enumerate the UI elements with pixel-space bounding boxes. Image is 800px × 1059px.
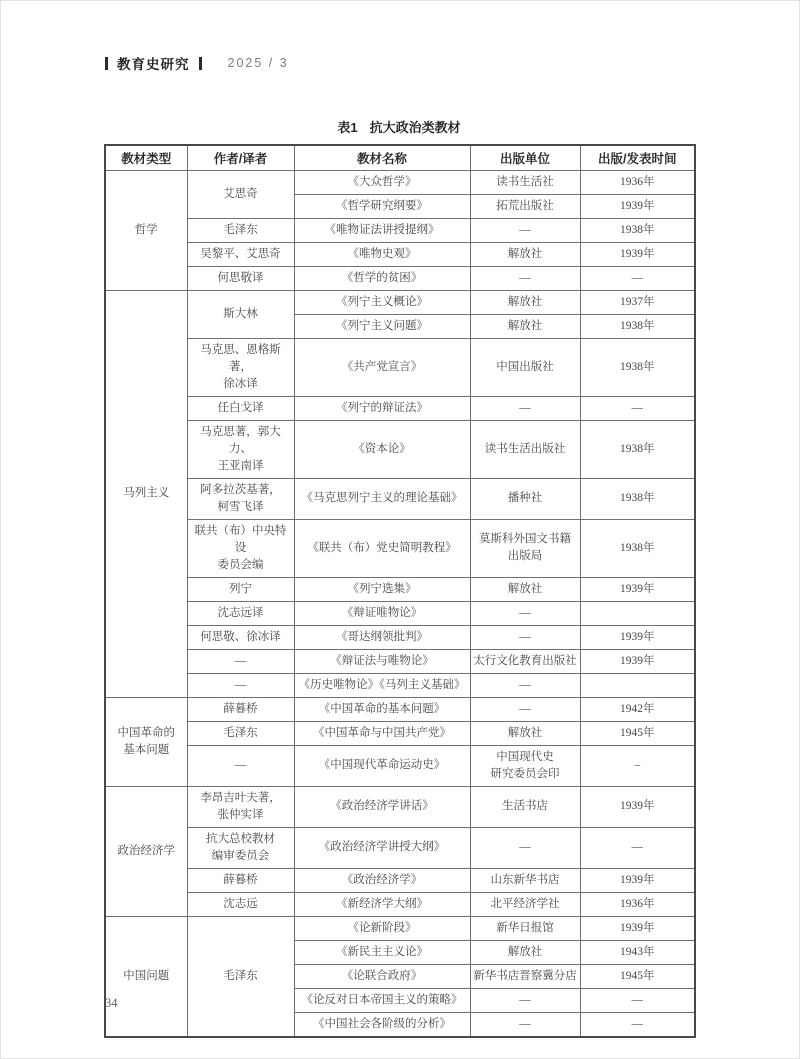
title-cell: 《哲学研究纲要》 — [294, 194, 470, 218]
journal-header: 教育史研究 2025 / 3 — [105, 53, 289, 73]
table-row: 哲学艾思奇《大众哲学》读书生活社1936年 — [105, 170, 695, 194]
table-row: 毛泽东《中国革命与中国共产党》解放社1945年 — [105, 721, 695, 745]
header-divider-right-icon — [199, 57, 202, 70]
publisher-cell: — — [470, 218, 580, 242]
time-cell: 1939年 — [580, 786, 695, 827]
time-cell: 1945年 — [580, 964, 695, 988]
category-cell: 哲学 — [105, 170, 187, 290]
title-cell: 《中国革命的基本问题》 — [294, 697, 470, 721]
title-cell: 《共产党宣言》 — [294, 338, 470, 396]
table-row: 薛暮桥《政治经济学》山东新华书店1939年 — [105, 868, 695, 892]
author-cell: 斯大林 — [187, 290, 294, 338]
title-cell: 《辩证法与唯物论》 — [294, 649, 470, 673]
table-row: 吴黎平、艾思奇《唯物史观》解放社1939年 — [105, 242, 695, 266]
time-cell: 1938年 — [580, 478, 695, 519]
title-cell: 《论新阶段》 — [294, 916, 470, 940]
publisher-cell: — — [470, 827, 580, 868]
title-cell: 《列宁的辩证法》 — [294, 396, 470, 420]
table-row: —《中国现代革命运动史》中国现代史 研究委员会印– — [105, 745, 695, 786]
author-cell: 抗大总校教材 编审委员会 — [187, 827, 294, 868]
author-cell: 吴黎平、艾思奇 — [187, 242, 294, 266]
table-row: 马克思、恩格斯著， 徐冰译《共产党宣言》中国出版社1938年 — [105, 338, 695, 396]
table-caption: 表1抗大政治类教材 — [104, 117, 694, 136]
title-cell: 《中国革命与中国共产党》 — [294, 721, 470, 745]
time-cell: 1936年 — [580, 892, 695, 916]
time-cell: — — [580, 1012, 695, 1037]
time-cell — [580, 601, 695, 625]
author-cell: 何思敬译 — [187, 266, 294, 290]
author-cell: 沈志远译 — [187, 601, 294, 625]
publisher-cell: 莫斯科外国文书籍 出版局 — [470, 519, 580, 577]
table-row: 任白戈译《列宁的辩证法》—— — [105, 396, 695, 420]
publisher-cell: 解放社 — [470, 314, 580, 338]
title-cell: 《新民主主义论》 — [294, 940, 470, 964]
table-row: 联共（布）中央特设 委员会编《联共（布）党史简明教程》莫斯科外国文书籍 出版局1… — [105, 519, 695, 577]
textbook-table: 教材类型 作者/译者 教材名称 出版单位 出版/发表时间 哲学艾思奇《大众哲学》… — [104, 144, 696, 1038]
title-cell: 《历史唯物论》《马列主义基础》 — [294, 673, 470, 697]
time-cell: 1939年 — [580, 194, 695, 218]
author-cell: — — [187, 745, 294, 786]
author-cell: 毛泽东 — [187, 218, 294, 242]
author-cell: 毛泽东 — [187, 916, 294, 1037]
table-row: 沈志远《新经济学大纲》北平经济学社1936年 — [105, 892, 695, 916]
title-cell: 《政治经济学》 — [294, 868, 470, 892]
publisher-cell: 播种社 — [470, 478, 580, 519]
author-cell: 马克思、恩格斯著， 徐冰译 — [187, 338, 294, 396]
header-divider-left-icon — [105, 57, 108, 70]
publisher-cell: 太行文化教育出版社 — [470, 649, 580, 673]
table-row: —《历史唯物论》《马列主义基础》— — [105, 673, 695, 697]
category-cell: 中国问题 — [105, 916, 187, 1037]
category-cell: 政治经济学 — [105, 786, 187, 916]
publisher-cell: 读书生活出版社 — [470, 420, 580, 478]
publisher-cell: 解放社 — [470, 577, 580, 601]
publisher-cell: — — [470, 697, 580, 721]
table-header-row: 教材类型 作者/译者 教材名称 出版单位 出版/发表时间 — [105, 145, 695, 170]
col-header-publisher: 出版单位 — [470, 145, 580, 170]
table-caption-number: 表1 — [337, 120, 357, 135]
journal-title: 教育史研究 — [117, 53, 190, 73]
author-cell: 薛暮桥 — [187, 697, 294, 721]
publisher-cell: 中国现代史 研究委员会印 — [470, 745, 580, 786]
table-row: 沈志远译《辩证唯物论》— — [105, 601, 695, 625]
publisher-cell: 解放社 — [470, 290, 580, 314]
publisher-cell: 新华日报馆 — [470, 916, 580, 940]
time-cell: – — [580, 745, 695, 786]
author-cell: 李昂吉叶夫著， 张仲实译 — [187, 786, 294, 827]
title-cell: 《列宁主义概论》 — [294, 290, 470, 314]
table-row: —《辩证法与唯物论》太行文化教育出版社1939年 — [105, 649, 695, 673]
title-cell: 《唯物史观》 — [294, 242, 470, 266]
time-cell: 1938年 — [580, 314, 695, 338]
author-cell: 列宁 — [187, 577, 294, 601]
time-cell: 1939年 — [580, 649, 695, 673]
title-cell: 《大众哲学》 — [294, 170, 470, 194]
publisher-cell: 解放社 — [470, 242, 580, 266]
title-cell: 《列宁主义问题》 — [294, 314, 470, 338]
time-cell: 1936年 — [580, 170, 695, 194]
col-header-author: 作者/译者 — [187, 145, 294, 170]
publisher-cell: — — [470, 988, 580, 1012]
category-cell: 中国革命的 基本问题 — [105, 697, 187, 786]
table-row: 何思敬译《哲学的贫困》—— — [105, 266, 695, 290]
title-cell: 《政治经济学讲话》 — [294, 786, 470, 827]
time-cell: 1945年 — [580, 721, 695, 745]
time-cell: 1939年 — [580, 868, 695, 892]
publisher-cell: 解放社 — [470, 721, 580, 745]
publisher-cell: 生活书店 — [470, 786, 580, 827]
time-cell: 1937年 — [580, 290, 695, 314]
title-cell: 《中国现代革命运动史》 — [294, 745, 470, 786]
publisher-cell: — — [470, 1012, 580, 1037]
publisher-cell: — — [470, 625, 580, 649]
table-row: 列宁《列宁选集》解放社1939年 — [105, 577, 695, 601]
col-header-category: 教材类型 — [105, 145, 187, 170]
table-caption-text: 抗大政治类教材 — [370, 120, 461, 135]
time-cell: 1939年 — [580, 916, 695, 940]
author-cell: — — [187, 673, 294, 697]
title-cell: 《哥达纲领批判》 — [294, 625, 470, 649]
time-cell: 1943年 — [580, 940, 695, 964]
journal-issue: 2025 / 3 — [228, 56, 289, 70]
title-cell: 《资本论》 — [294, 420, 470, 478]
table-row: 阿多拉茨基著， 柯雪飞译《马克思列宁主义的理论基础》播种社1938年 — [105, 478, 695, 519]
author-cell: 任白戈译 — [187, 396, 294, 420]
time-cell: 1938年 — [580, 338, 695, 396]
publisher-cell: 北平经济学社 — [470, 892, 580, 916]
author-cell: — — [187, 649, 294, 673]
publisher-cell: 解放社 — [470, 940, 580, 964]
time-cell: — — [580, 266, 695, 290]
table-row: 毛泽东《唯物证法讲授提纲》—1938年 — [105, 218, 695, 242]
time-cell: — — [580, 988, 695, 1012]
time-cell: 1939年 — [580, 625, 695, 649]
col-header-title: 教材名称 — [294, 145, 470, 170]
author-cell: 阿多拉茨基著， 柯雪飞译 — [187, 478, 294, 519]
publisher-cell: — — [470, 266, 580, 290]
time-cell — [580, 673, 695, 697]
publisher-cell: — — [470, 673, 580, 697]
table-row: 政治经济学李昂吉叶夫著， 张仲实译《政治经济学讲话》生活书店1939年 — [105, 786, 695, 827]
time-cell: 1939年 — [580, 577, 695, 601]
title-cell: 《论反对日本帝国主义的策略》 — [294, 988, 470, 1012]
title-cell: 《联共（布）党史简明教程》 — [294, 519, 470, 577]
author-cell: 联共（布）中央特设 委员会编 — [187, 519, 294, 577]
author-cell: 沈志远 — [187, 892, 294, 916]
title-cell: 《辩证唯物论》 — [294, 601, 470, 625]
page-number: 34 — [105, 996, 118, 1011]
table-row: 马列主义斯大林《列宁主义概论》解放社1937年 — [105, 290, 695, 314]
publisher-cell: — — [470, 601, 580, 625]
table-row: 抗大总校教材 编审委员会《政治经济学讲授大纲》—— — [105, 827, 695, 868]
author-cell: 马克思著，郭大力、 王亚南译 — [187, 420, 294, 478]
title-cell: 《唯物证法讲授提纲》 — [294, 218, 470, 242]
table-row: 马克思著，郭大力、 王亚南译《资本论》读书生活出版社1938年 — [105, 420, 695, 478]
author-cell: 薛暮桥 — [187, 868, 294, 892]
title-cell: 《马克思列宁主义的理论基础》 — [294, 478, 470, 519]
title-cell: 《新经济学大纲》 — [294, 892, 470, 916]
time-cell: 1939年 — [580, 242, 695, 266]
title-cell: 《哲学的贫困》 — [294, 266, 470, 290]
document-page: 教育史研究 2025 / 3 表1抗大政治类教材 教材类型 作者/译者 教材名称… — [0, 0, 800, 1059]
time-cell: — — [580, 827, 695, 868]
table-row: 何思敬、徐冰译《哥达纲领批判》—1939年 — [105, 625, 695, 649]
author-cell: 毛泽东 — [187, 721, 294, 745]
time-cell: — — [580, 396, 695, 420]
time-cell: 1942年 — [580, 697, 695, 721]
author-cell: 艾思奇 — [187, 170, 294, 218]
table-body: 哲学艾思奇《大众哲学》读书生活社1936年《哲学研究纲要》拓荒出版社1939年毛… — [105, 170, 695, 1037]
table-row: 中国问题毛泽东《论新阶段》新华日报馆1939年 — [105, 916, 695, 940]
col-header-time: 出版/发表时间 — [580, 145, 695, 170]
publisher-cell: — — [470, 396, 580, 420]
time-cell: 1938年 — [580, 420, 695, 478]
table-row: 中国革命的 基本问题薛暮桥《中国革命的基本问题》—1942年 — [105, 697, 695, 721]
category-cell: 马列主义 — [105, 290, 187, 697]
time-cell: 1938年 — [580, 218, 695, 242]
author-cell: 何思敬、徐冰译 — [187, 625, 294, 649]
title-cell: 《中国社会各阶级的分析》 — [294, 1012, 470, 1037]
publisher-cell: 山东新华书店 — [470, 868, 580, 892]
publisher-cell: 读书生活社 — [470, 170, 580, 194]
publisher-cell: 新华书店晋察冀分店 — [470, 964, 580, 988]
publisher-cell: 拓荒出版社 — [470, 194, 580, 218]
time-cell: 1938年 — [580, 519, 695, 577]
title-cell: 《政治经济学讲授大纲》 — [294, 827, 470, 868]
title-cell: 《列宁选集》 — [294, 577, 470, 601]
publisher-cell: 中国出版社 — [470, 338, 580, 396]
title-cell: 《论联合政府》 — [294, 964, 470, 988]
